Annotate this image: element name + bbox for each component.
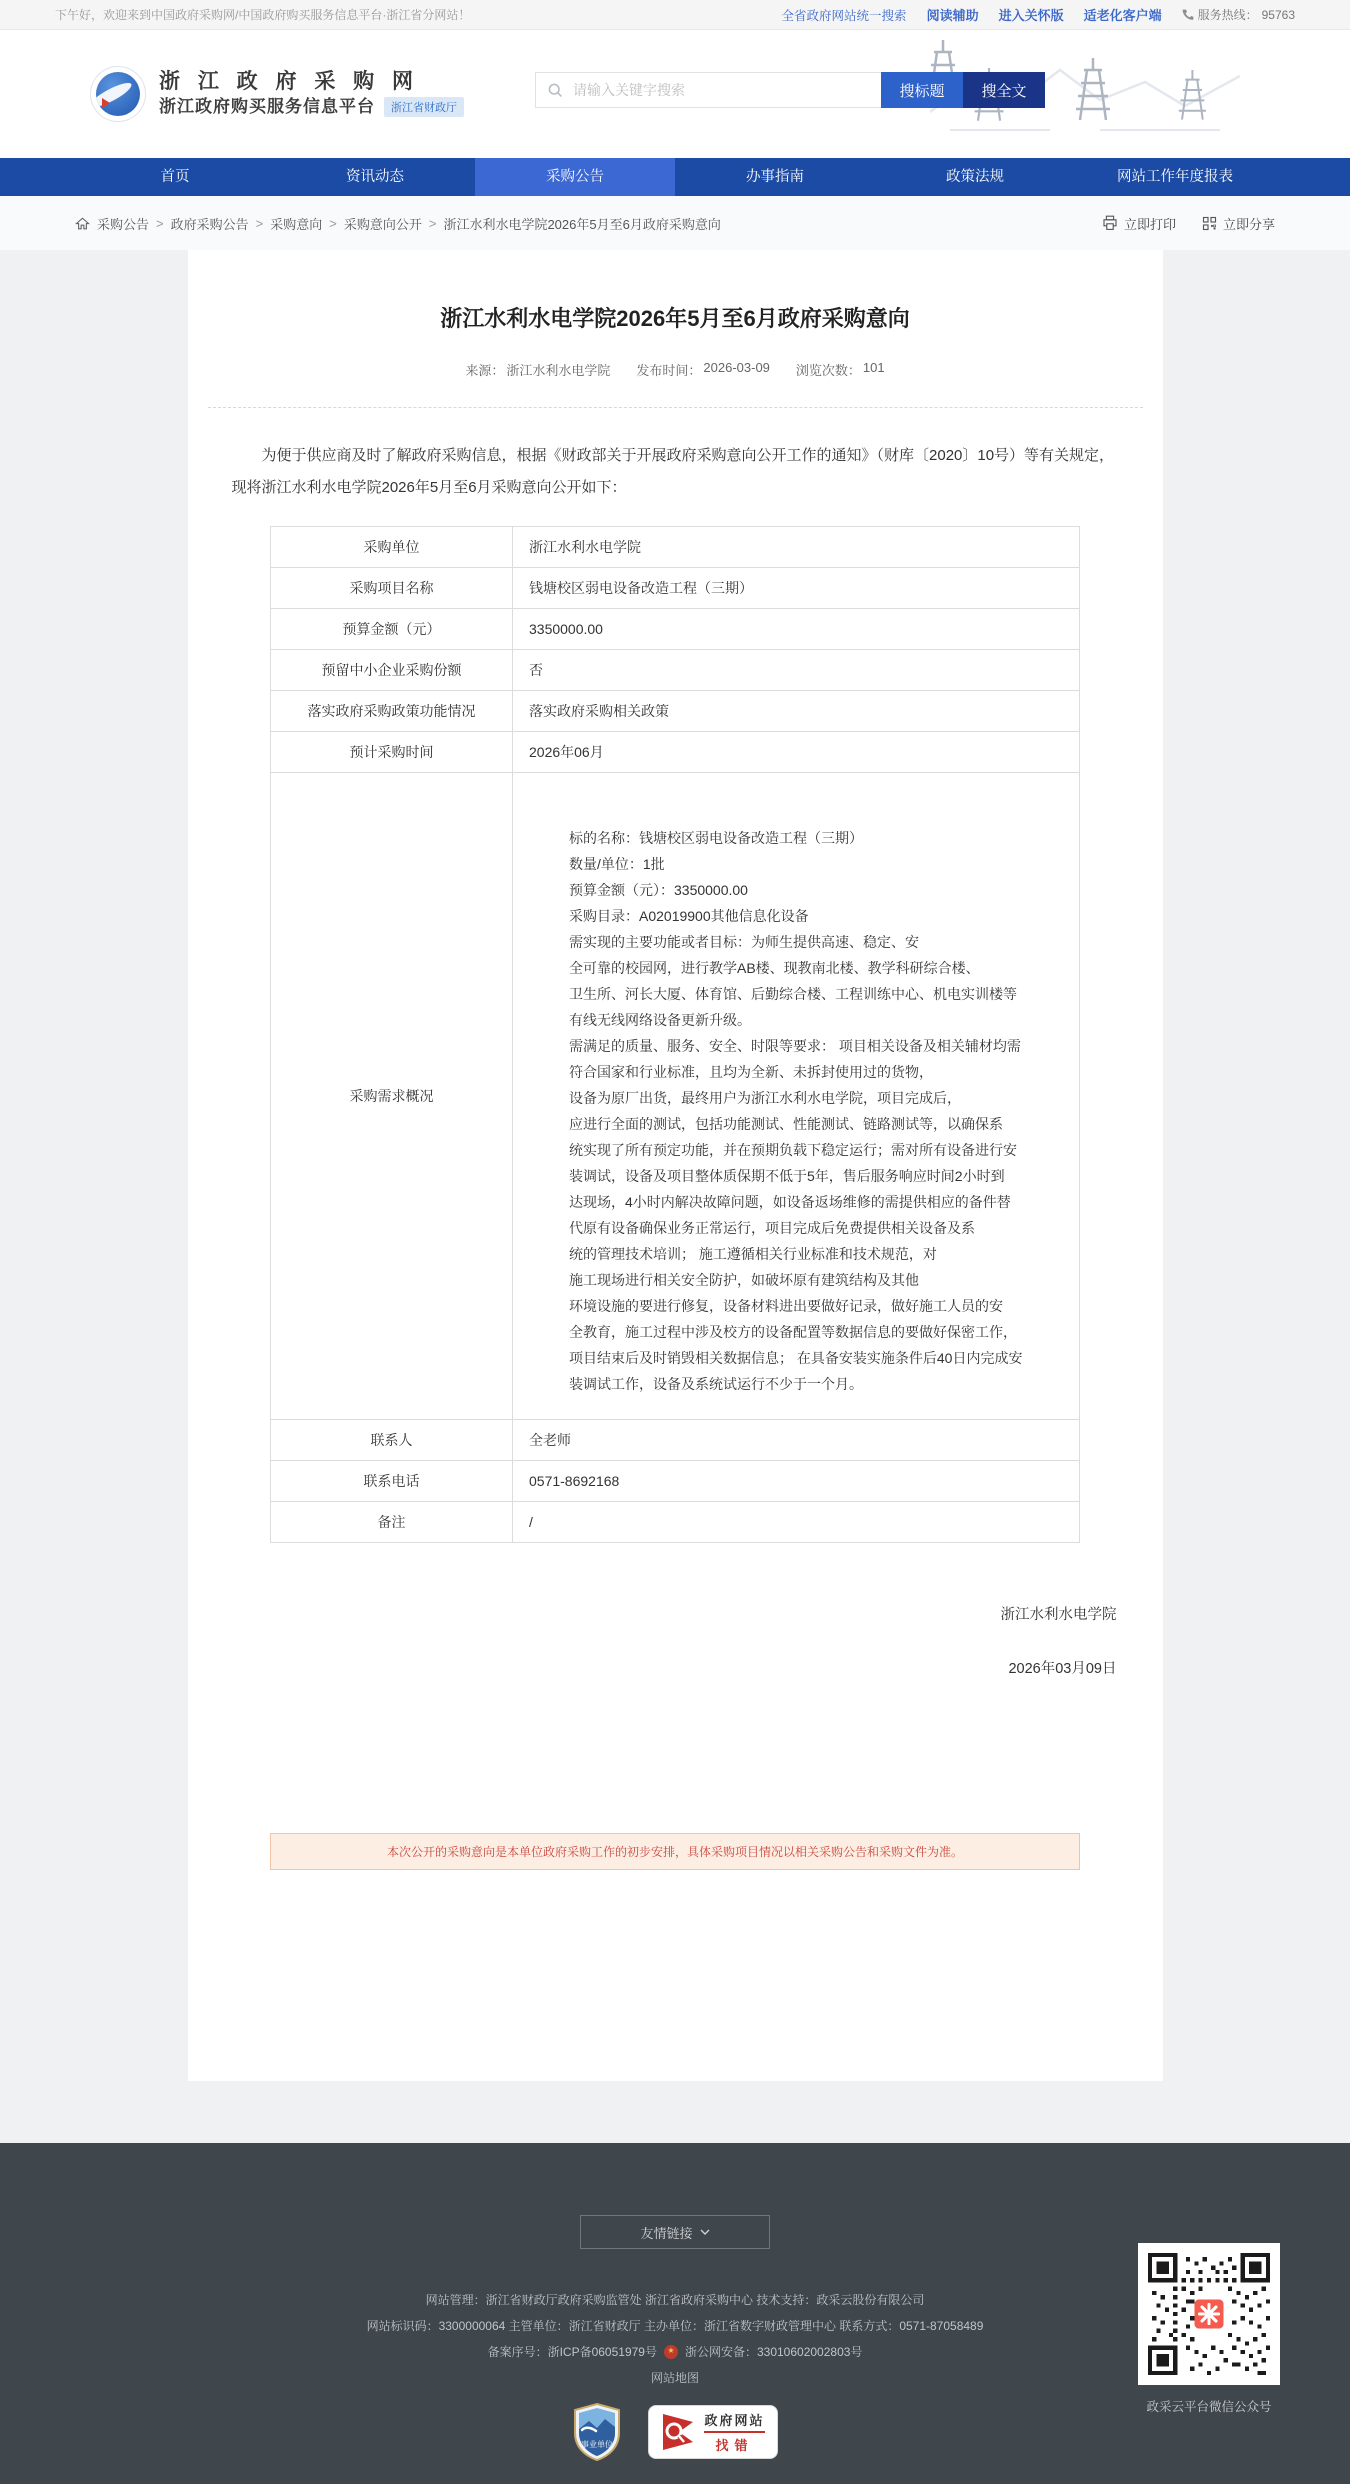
nav-item-announcements[interactable]: 采购公告 [475, 158, 675, 196]
breadcrumb-separator: > [429, 216, 437, 231]
site-subtitle: 浙江政府购买服务信息平台 [159, 95, 375, 119]
row-label: 采购需求概况 [271, 773, 513, 1420]
divider [208, 407, 1143, 408]
row-label: 联系电话 [271, 1461, 513, 1502]
table-row: 采购项目名称钱塘校区弱电设备改造工程（三期） [271, 568, 1080, 609]
share-label: 立即分享 [1223, 214, 1275, 233]
row-label: 预留中小企业采购份额 [271, 650, 513, 691]
wechat-qr-code [1138, 2243, 1280, 2385]
disclaimer-notice: 本次公开的采购意向是本单位政府采购工作的初步安排，具体采购项目情况以相关采购公告… [270, 1833, 1080, 1870]
unified-search-link[interactable]: 全省政府网站统一搜索 [782, 6, 907, 24]
error-badge-line2: 找错 [715, 2435, 753, 2454]
breadcrumb-separator: > [256, 216, 264, 231]
row-value: 浙江水利水电学院 [513, 527, 1080, 568]
gov-site-error-report-badge[interactable]: 政府网站 找错 [648, 2405, 777, 2459]
shield-badge-label: 事业单位 [581, 2439, 613, 2449]
procurement-info-table: 采购单位浙江水利水电学院 采购项目名称钱塘校区弱电设备改造工程（三期） 预算金额… [270, 526, 1080, 1543]
table-row: 备注/ [271, 1502, 1080, 1543]
main-nav: 首页 资讯动态 采购公告 办事指南 政策法规 网站工作年度报表 [0, 158, 1350, 196]
row-value: 0571-8692168 [513, 1461, 1080, 1502]
breadcrumb-item[interactable]: 政府采购公告 [171, 214, 249, 233]
views-count: 101 [863, 360, 885, 379]
wechat-qr-block: 政采云平台微信公众号 [1138, 2243, 1280, 2415]
breadcrumb-item[interactable]: 采购意向公开 [344, 214, 422, 233]
table-row: 联系人全老师 [271, 1420, 1080, 1461]
qr-caption: 政采云平台微信公众号 [1138, 2397, 1280, 2415]
print-label: 立即打印 [1124, 214, 1176, 233]
hotline-label: 服务热线： [1198, 6, 1258, 23]
row-value: 落实政府采购相关政策 [513, 691, 1080, 732]
row-label: 落实政府采购政策功能情况 [271, 691, 513, 732]
signature-block: 浙江水利水电学院 2026年03月09日 [188, 1603, 1163, 1678]
nav-item-news[interactable]: 资讯动态 [275, 158, 475, 196]
search-fulltext-button[interactable]: 搜全文 [963, 72, 1045, 108]
footer: 友情链接 网站管理：浙江省财政厅政府采购监管处 浙江省政府采购中心 技术支持：政… [0, 2143, 1350, 2484]
breadcrumb-separator: > [329, 216, 337, 231]
table-row: 采购单位浙江水利水电学院 [271, 527, 1080, 568]
table-row: 预算金额（元）3350000.00 [271, 609, 1080, 650]
topbar: 下午好，欢迎来到中国政府采购网/中国政府购买服务信息平台·浙江省分网站！ 全省政… [0, 0, 1350, 30]
icp-beian-link[interactable]: 备案序号：浙ICP备06051979号 [488, 2345, 657, 2359]
nav-item-home[interactable]: 首页 [75, 158, 275, 196]
welcome-text: 下午好，欢迎来到中国政府采购网/中国政府购买服务信息平台·浙江省分网站！ [55, 6, 470, 23]
row-value: 2026年06月 [513, 732, 1080, 773]
elderly-client-link[interactable]: 适老化客户端 [1084, 5, 1162, 24]
printer-icon [1102, 215, 1118, 231]
friend-links-label: 友情链接 [640, 2223, 692, 2242]
row-label: 采购单位 [271, 527, 513, 568]
page-body: 浙江水利水电学院2026年5月至6月政府采购意向 来源：浙江水利水电学院 发布时… [0, 250, 1350, 2143]
row-label: 采购项目名称 [271, 568, 513, 609]
views-label: 浏览次数： [796, 360, 861, 379]
nav-item-annual-report[interactable]: 网站工作年度报表 [1075, 158, 1275, 196]
row-label: 预算金额（元） [271, 609, 513, 650]
breadcrumb-bar: 采购公告 > 政府采购公告 > 采购意向 > 采购意向公开 > 浙江水利水电学院… [0, 196, 1350, 250]
row-label: 联系人 [271, 1420, 513, 1461]
phone-icon [1182, 9, 1194, 21]
nav-item-guide[interactable]: 办事指南 [675, 158, 875, 196]
search-title-button[interactable]: 搜标题 [881, 72, 963, 108]
source-value: 浙江水利水电学院 [506, 360, 610, 379]
table-row: 联系电话0571-8692168 [271, 1461, 1080, 1502]
nav-item-policy[interactable]: 政策法规 [875, 158, 1075, 196]
public-institution-shield-badge[interactable]: 事业单位 [572, 2403, 622, 2461]
breadcrumb-current: 浙江水利水电学院2026年5月至6月政府采购意向 [443, 214, 720, 233]
search-icon [547, 82, 563, 98]
row-value: 3350000.00 [513, 609, 1080, 650]
table-row: 落实政府采购政策功能情况落实政府采购相关政策 [271, 691, 1080, 732]
article-meta: 来源：浙江水利水电学院 发布时间：2026-03-09 浏览次数：101 [188, 360, 1163, 379]
site-name: 浙 江 政 府 采 购 网 [159, 69, 464, 95]
breadcrumb-item[interactable]: 采购意向 [270, 214, 322, 233]
article-title: 浙江水利水电学院2026年5月至6月政府采购意向 [188, 304, 1163, 334]
site-header: 浙 江 政 府 采 购 网 浙江政府购买服务信息平台 浙江省财政厅 搜标题 搜全… [0, 30, 1350, 158]
publish-label: 发布时间： [636, 360, 701, 379]
search-input[interactable] [571, 81, 870, 99]
share-button[interactable]: 立即分享 [1202, 214, 1275, 233]
signature-date: 2026年03月09日 [188, 1657, 1117, 1678]
finance-dept-badge: 浙江省财政厅 [384, 97, 464, 117]
breadcrumb-item[interactable]: 采购公告 [97, 214, 149, 233]
error-badge-line1: 政府网站 [704, 2410, 764, 2433]
print-button[interactable]: 立即打印 [1102, 214, 1176, 233]
table-row: 预留中小企业采购份额否 [271, 650, 1080, 691]
site-logo[interactable]: 浙 江 政 府 采 购 网 浙江政府购买服务信息平台 浙江省财政厅 [90, 66, 464, 122]
reading-assist-link[interactable]: 阅读辅助 [927, 5, 979, 24]
source-label: 来源： [465, 360, 504, 379]
chevron-down-icon [700, 2229, 710, 2235]
friend-links-dropdown[interactable]: 友情链接 [580, 2215, 770, 2249]
qr-share-icon [1202, 216, 1217, 231]
publish-date: 2026-03-09 [703, 360, 770, 379]
row-value: 否 [513, 650, 1080, 691]
demand-summary: 标的名称：钱塘校区弱电设备改造工程（三期） 数量/单位：1批 预算金额（元）：3… [513, 773, 1080, 1420]
row-value: 全老师 [513, 1420, 1080, 1461]
breadcrumb: 采购公告 > 政府采购公告 > 采购意向 > 采购意向公开 > 浙江水利水电学院… [75, 214, 1275, 233]
find-error-logo-icon [661, 2412, 695, 2452]
site-logo-icon [90, 66, 146, 122]
row-label: 备注 [271, 1502, 513, 1543]
service-hotline: 服务热线：95763 [1182, 6, 1295, 23]
article-card: 浙江水利水电学院2026年5月至6月政府采购意向 来源：浙江水利水电学院 发布时… [188, 250, 1163, 2081]
row-label: 预计采购时间 [271, 732, 513, 773]
table-row: 预计采购时间2026年06月 [271, 732, 1080, 773]
row-value: / [513, 1502, 1080, 1543]
search-box: 搜标题 搜全文 [535, 72, 1045, 108]
police-beian-link[interactable]: 浙公网安备：33010602002803号 [685, 2345, 862, 2359]
article-intro: 为便于供应商及时了解政府采购信息，根据《财政部关于开展政府采购意向公开工作的通知… [232, 440, 1119, 504]
national-emblem-icon [664, 2345, 678, 2359]
table-row-demand: 采购需求概况标的名称：钱塘校区弱电设备改造工程（三期） 数量/单位：1批 预算金… [271, 773, 1080, 1420]
care-version-link[interactable]: 进入关怀版 [999, 5, 1064, 24]
home-icon[interactable] [75, 216, 90, 231]
signature-org: 浙江水利水电学院 [188, 1603, 1117, 1624]
row-value: 钱塘校区弱电设备改造工程（三期） [513, 568, 1080, 609]
hotline-number: 95763 [1262, 8, 1295, 22]
breadcrumb-separator: > [156, 216, 164, 231]
